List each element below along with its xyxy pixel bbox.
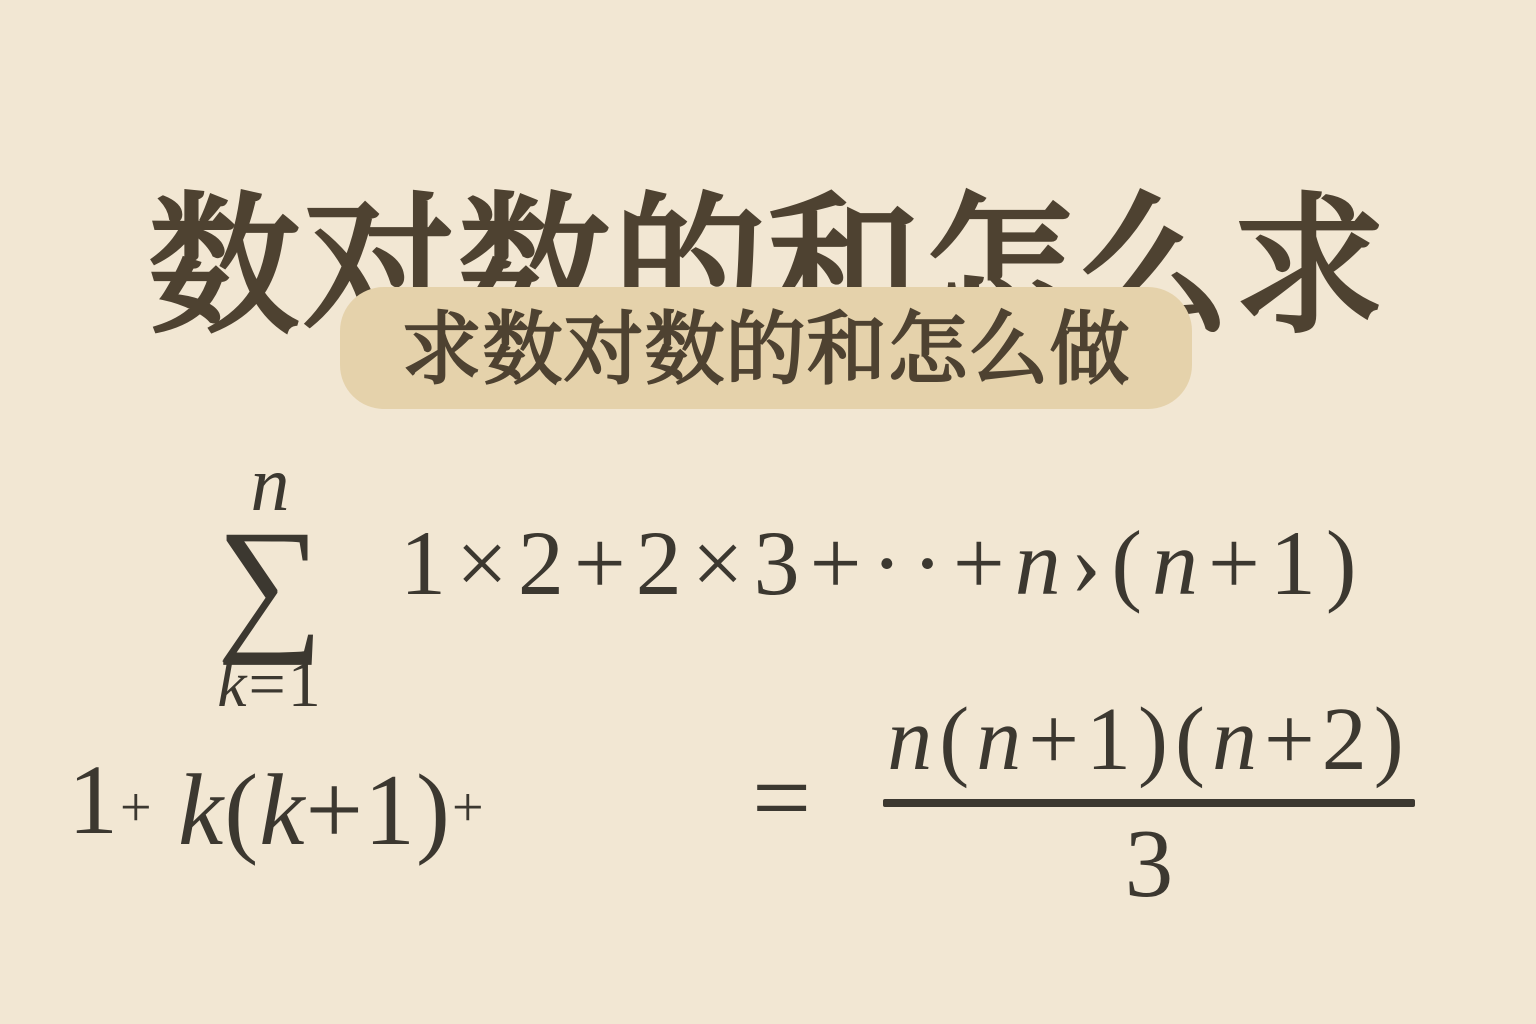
expansion-var-n: n <box>1015 512 1071 614</box>
n-var: n <box>887 690 939 789</box>
sigma-symbol: ∑ <box>198 508 342 658</box>
subtitle-text: 求数对数的和怎么做 <box>340 287 1192 409</box>
poster-canvas: 数对数的和怎么求 求数对数的和怎么做 n ∑ k=1 1×2+2×3+··+n›… <box>0 0 1536 1024</box>
n-var: n <box>1212 690 1264 789</box>
fraction-bar <box>883 799 1415 807</box>
expansion-var-n: n <box>1152 512 1208 614</box>
plus-operator-small: + <box>452 780 484 836</box>
subtitle-pill: 求数对数的和怎么做 <box>340 287 1192 409</box>
sum-lower-var: k <box>217 648 248 721</box>
k-var: k <box>178 754 224 867</box>
expansion-part: +1) <box>1208 512 1367 614</box>
k-var: k <box>259 754 305 867</box>
numerator-end: +2) <box>1264 690 1411 789</box>
sum-lower-limit: k=1 <box>188 652 352 718</box>
plus-operator-small: + <box>120 780 152 836</box>
k-product-term: k(k+1) <box>178 760 451 862</box>
series-expansion: 1×2+2×3+··+n›(n+1) <box>400 517 1367 609</box>
sum-lower-rest: =1 <box>249 648 323 721</box>
expansion-part: 1×2+2×3+··+ <box>400 512 1015 614</box>
open-paren: ( <box>939 690 976 789</box>
open-paren: ( <box>224 754 259 867</box>
fraction-numerator: n(n+1)(n+2) <box>883 695 1415 785</box>
n-var: n <box>976 690 1028 789</box>
numerator-mid: +1)( <box>1028 690 1212 789</box>
equals-sign: = <box>752 745 811 850</box>
fraction-denominator: 3 <box>883 815 1415 912</box>
expansion-part: ›( <box>1071 512 1152 614</box>
term-one: 1 <box>68 750 118 850</box>
result-fraction: n(n+1)(n+2) 3 <box>883 695 1415 912</box>
close-paren: +1) <box>306 754 452 867</box>
